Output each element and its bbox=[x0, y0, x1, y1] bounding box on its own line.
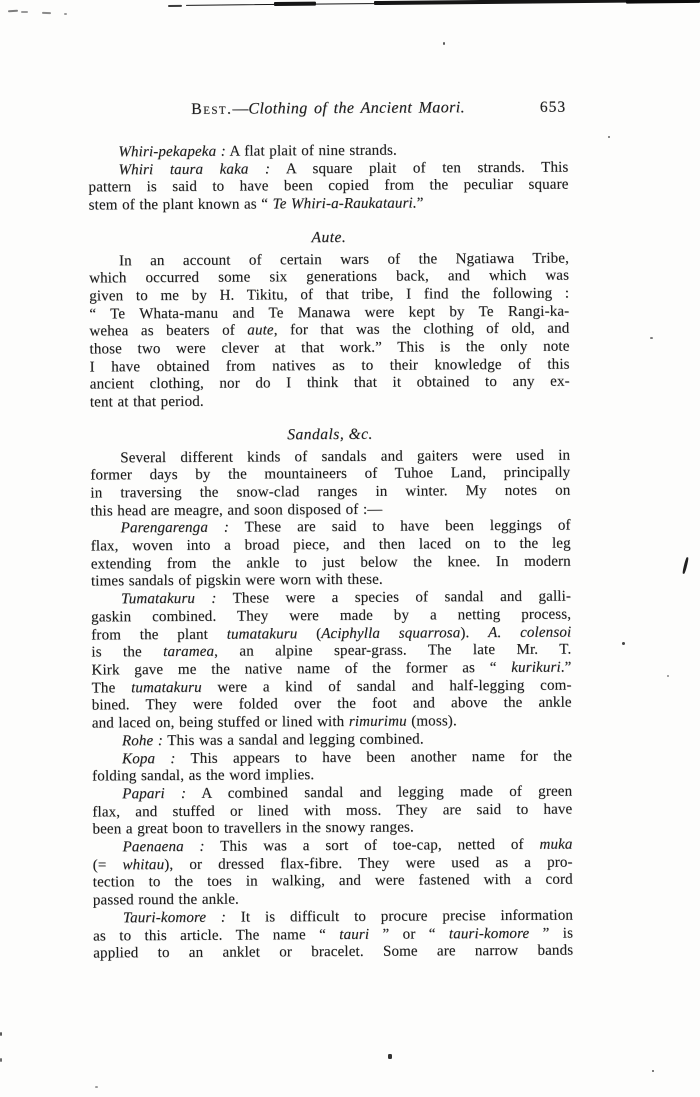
italic-text-run: Papari : bbox=[122, 786, 186, 802]
text-line: ancient clothing, nor do I think that it… bbox=[90, 374, 570, 395]
text-run: folding sandal, as the word implies. bbox=[92, 767, 314, 784]
text-run: gaskin combined. They were made by a net… bbox=[91, 606, 571, 625]
scan-artifact-speck bbox=[608, 136, 610, 138]
text-line: stem of the plant known as “ Te Whiri-a-… bbox=[89, 195, 569, 216]
text-run: this head are meagre, and soon disposed … bbox=[90, 501, 382, 519]
author-name: Best. bbox=[191, 101, 232, 118]
scan-artifact-slash bbox=[682, 557, 689, 574]
text-run: passed round the ankle. bbox=[93, 892, 239, 909]
text-run: as to this article. The name “ bbox=[93, 926, 339, 944]
text-line: in traversing the snow-clad ranges in wi… bbox=[90, 482, 570, 503]
text-run: It is difficult to procure precise infor… bbox=[226, 907, 573, 925]
text-run: those two were clever at that work.” Thi… bbox=[89, 339, 569, 358]
text-run: times sandals of pigskin were worn with … bbox=[91, 572, 383, 590]
scan-artifact-speck bbox=[0, 1058, 2, 1062]
text-run: is the bbox=[91, 644, 163, 660]
scan-artifact-speck bbox=[95, 1086, 98, 1088]
text-run: and laced on, being stuffed or lined wit… bbox=[92, 714, 349, 732]
italic-text-run: tauri bbox=[339, 926, 369, 942]
italic-text-run: Whiri taura kaka : bbox=[118, 161, 270, 178]
paragraph: Tauri-komore : It is difficult to procur… bbox=[93, 907, 573, 963]
italic-text-run: tumatakuru bbox=[227, 626, 298, 642]
scan-artifact-speck bbox=[650, 337, 653, 339]
text-run: “ Te Whata-manu and Te Manawa were kept … bbox=[89, 303, 569, 322]
italic-text-run: Tauri-komore : bbox=[123, 909, 226, 926]
italic-text-run: Aciphylla squarrosa bbox=[321, 625, 460, 642]
italic-text-run: tumatakuru bbox=[131, 679, 202, 695]
text-run: been a great boon to travellers in the s… bbox=[92, 820, 414, 838]
text-run: (moss). bbox=[407, 713, 457, 729]
text-run: This was a sort of toe-cap, netted of bbox=[205, 837, 540, 855]
text-line: extending from the ankle to just below t… bbox=[91, 553, 571, 574]
text-run: flax, and stuffed or lined with moss. Th… bbox=[92, 801, 572, 820]
text-line: tent at that period. bbox=[90, 392, 570, 413]
italic-text-run: whitau bbox=[122, 857, 164, 873]
paragraph: Several different kinds of sandals and g… bbox=[90, 447, 570, 521]
scanned-page: Best.—Clothing of the Ancient Maori. 653… bbox=[0, 0, 700, 1097]
text-block: Best.—Clothing of the Ancient Maori. 653… bbox=[88, 99, 573, 964]
scan-artifact-smudge bbox=[8, 10, 18, 13]
text-run: ” or “ bbox=[369, 926, 449, 942]
page-body: Whiri-pekapeka : A flat plait of nine st… bbox=[88, 142, 573, 964]
header-separator: — bbox=[232, 100, 248, 117]
section-heading: Aute. bbox=[89, 227, 569, 248]
text-line: Kopa : This appears to have been another… bbox=[92, 748, 572, 769]
scan-artifact-speck bbox=[652, 1070, 654, 1072]
scan-artifact-speck bbox=[0, 1032, 2, 1036]
italic-text-run: A. colensoi bbox=[488, 624, 571, 641]
text-run: ancient clothing, nor do I think that it… bbox=[90, 374, 570, 393]
italic-text-run: Te Whiri-a-Raukatauri. bbox=[273, 196, 417, 213]
paragraph: Papari : A combined sandal and legging m… bbox=[92, 783, 572, 839]
text-run: In an account of certain wars of the Nga… bbox=[119, 250, 569, 269]
italic-text-run: Whiri-pekapeka : bbox=[118, 144, 226, 161]
page-number: 653 bbox=[540, 99, 566, 117]
italic-text-run: muka bbox=[539, 837, 572, 853]
text-run: tent at that period. bbox=[90, 394, 204, 411]
text-run: former days by the mountaineers of Tuhoe… bbox=[90, 465, 570, 484]
text-line: bined. They were folded over the foot an… bbox=[92, 695, 572, 716]
text-run: wehea as beaters of bbox=[89, 323, 247, 340]
text-run: This was a sandal and legging combined. bbox=[163, 731, 424, 749]
italic-text-run: Tumatakuru : bbox=[121, 591, 217, 608]
italic-text-run: taramea bbox=[163, 644, 214, 660]
running-header: Best.—Clothing of the Ancient Maori. 653 bbox=[88, 99, 568, 120]
scan-artifact-speck bbox=[388, 1054, 392, 1059]
text-run: A square plait of ten strands. This bbox=[270, 159, 568, 177]
text-run: A combined sandal and legging made of gr… bbox=[186, 783, 572, 801]
italic-text-run: Paenaena : bbox=[123, 839, 205, 856]
text-run: flax, woven into a broad piece, and then… bbox=[91, 536, 571, 555]
text-run: These were a species of sandal and galli… bbox=[216, 589, 571, 607]
text-run: ” is bbox=[529, 925, 573, 941]
text-run: ” bbox=[417, 196, 424, 212]
text-run: tection to the toes in walking, and were… bbox=[93, 872, 573, 891]
text-line: pattern is said to have been copied from… bbox=[88, 177, 568, 198]
italic-text-run: kurikuri bbox=[511, 660, 561, 676]
text-run: A flat plait of nine strands. bbox=[226, 143, 397, 160]
italic-text-run: rimurimu bbox=[349, 714, 407, 730]
text-run: stem of the plant known as “ bbox=[89, 196, 273, 213]
scan-artifact-smudge bbox=[21, 11, 28, 13]
text-run: The bbox=[92, 680, 132, 696]
italic-text-run: Parengarenga : bbox=[121, 520, 229, 537]
text-run: ). bbox=[460, 625, 488, 641]
text-run: I have obtained from natives as to their… bbox=[90, 356, 570, 375]
scan-artifact-smudge bbox=[64, 13, 67, 15]
text-run: Several different kinds of sandals and g… bbox=[120, 447, 570, 466]
text-run: .” bbox=[561, 660, 572, 676]
text-run: from the plant bbox=[91, 626, 227, 643]
scan-artifact-speck bbox=[622, 642, 625, 645]
italic-text-run: Rohe : bbox=[122, 733, 163, 749]
scan-artifact-top-line bbox=[168, 0, 700, 12]
text-run: extending from the ankle to just below t… bbox=[91, 553, 571, 572]
text-run: in traversing the snow-clad ranges in wi… bbox=[90, 482, 570, 501]
text-line: flax, and stuffed or lined with moss. Th… bbox=[92, 801, 572, 822]
scan-artifact-speck bbox=[443, 42, 445, 45]
text-run: ), or dressed flax-fibre. They were used… bbox=[164, 854, 573, 872]
italic-text-run: tauri-komore bbox=[449, 925, 530, 941]
text-run: These are said to have been leggings of bbox=[229, 518, 571, 536]
text-run: applied to an anklet or bracelet. Some a… bbox=[93, 943, 573, 962]
text-run: , for that was the clothing of old, and bbox=[274, 321, 570, 339]
paragraph: In an account of certain wars of the Nga… bbox=[89, 250, 570, 412]
text-run: given to me by H. Tikitu, of that tribe,… bbox=[89, 285, 569, 304]
scan-artifact-speck bbox=[667, 675, 669, 677]
text-run: Kirk gave me the native name of the form… bbox=[91, 660, 511, 679]
text-run: This appears to have been another name f… bbox=[175, 748, 572, 766]
paragraph: Paenaena : This was a sort of toe-cap, n… bbox=[93, 837, 573, 911]
text-run: which occurred some six generations back… bbox=[89, 268, 569, 287]
text-run: were a kind of sandal and half-legging c… bbox=[202, 677, 572, 695]
text-line: applied to an anklet or bracelet. Some a… bbox=[93, 943, 573, 964]
scan-artifact-smudge bbox=[42, 12, 51, 14]
paragraph: Whiri taura kaka : A square plait of ten… bbox=[88, 159, 568, 215]
italic-text-run: Kopa : bbox=[122, 750, 176, 766]
text-run: ( bbox=[297, 626, 321, 642]
article-title: Clothing of the Ancient Maori. bbox=[248, 99, 465, 117]
text-run: , an alpine spear-grass. The late Mr. T. bbox=[214, 642, 571, 660]
italic-text-run: aute bbox=[247, 323, 274, 339]
text-run: pattern is said to have been copied from… bbox=[88, 177, 568, 196]
text-run: (= bbox=[93, 857, 123, 873]
section-heading: Sandals, &c. bbox=[90, 424, 570, 445]
text-line: tection to the toes in walking, and were… bbox=[93, 872, 573, 893]
paragraph: Parengarenga : These are said to have be… bbox=[91, 518, 571, 592]
paragraph: Tumatakuru : These were a species of san… bbox=[91, 589, 572, 734]
paragraph: Kopa : This appears to have been another… bbox=[92, 748, 572, 786]
text-run: bined. They were folded over the foot an… bbox=[92, 695, 572, 714]
